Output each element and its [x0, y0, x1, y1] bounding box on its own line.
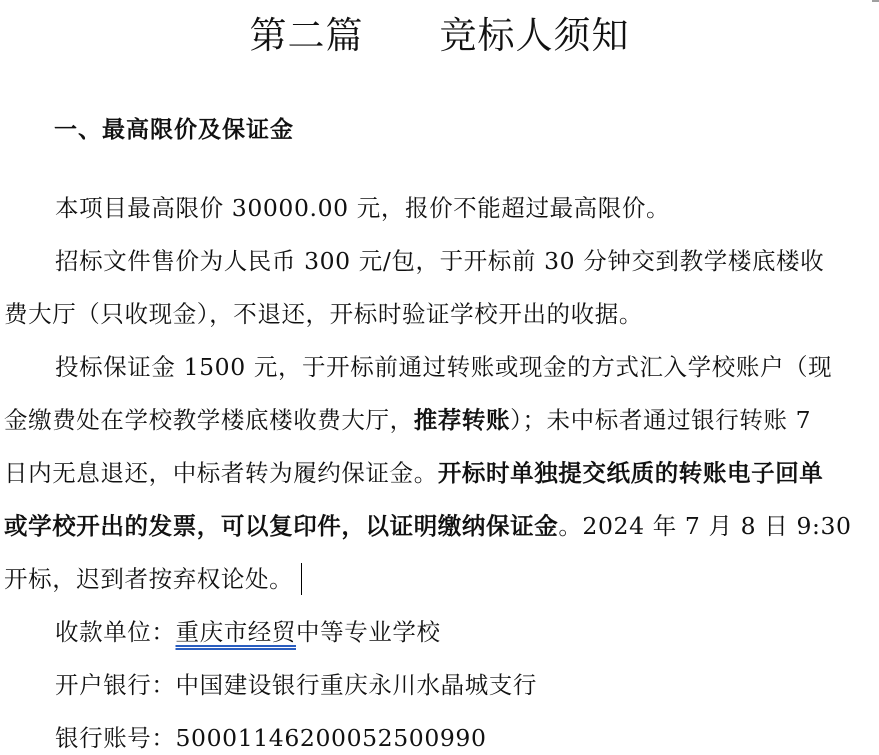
bank-row: 开户银行：中国建设银行重庆永川水晶城支行 [55, 667, 537, 703]
paragraph-deposit-line4: 或学校开出的发票，可以复印件，以证明缴纳保证金。2024 年 7 月 8 日 9… [4, 508, 852, 544]
deposit-bold-text: 开标时单独提交纸质的转账电子回单 [438, 459, 824, 487]
section-heading: 一、最高限价及保证金 [54, 112, 294, 148]
payee-value-underlined[interactable]: 重庆市经贸 [176, 618, 297, 646]
deposit-bold-text: 或学校开出的发票，可以复印件，以证明缴纳保证金 [4, 512, 558, 540]
paragraph-deposit-line3: 日内无息退还，中标者转为履约保证金。开标时单独提交纸质的转账电子回单 [4, 455, 823, 491]
page-corner-marker [872, 0, 879, 2]
bank-label: 开户银行： [55, 671, 176, 699]
text-cursor [301, 563, 302, 595]
payee-label: 收款单位： [55, 618, 176, 646]
account-label: 银行账号： [55, 724, 176, 752]
paragraph-deposit-line2: 金缴费处在学校教学楼底楼收费大厅，推荐转账）；未中标者通过银行转账 7 [4, 402, 811, 438]
deposit-text: 金缴费处在学校教学楼底楼收费大厅， [4, 406, 414, 434]
page-title: 第二篇 竞标人须知 [0, 10, 879, 62]
deposit-text: ）；未中标者通过银行转账 7 [510, 406, 811, 434]
bank-value: 中国建设银行重庆永川水晶城支行 [176, 671, 538, 699]
paragraph-deposit-line1: 投标保证金 1500 元，于开标前通过转账或现金的方式汇入学校账户（现 [55, 349, 832, 385]
paragraph-deposit-line5: 开标，迟到者按弃权论处。 [4, 561, 302, 597]
payee-value: 中等专业学校 [296, 618, 441, 646]
paragraph-max-price: 本项目最高限价 30000.00 元，报价不能超过最高限价。 [55, 190, 670, 226]
payee-row: 收款单位：重庆市经贸中等专业学校 [55, 614, 441, 650]
paragraph-tender-fee-line2: 费大厅（只收现金），不退还，开标时验证学校开出的收据。 [4, 296, 643, 332]
deposit-text: 开标，迟到者按弃权论处。 [4, 565, 293, 593]
paragraph-tender-fee-line1: 招标文件售价为人民币 300 元/包，于开标前 30 分钟交到教学楼底楼收 [55, 243, 824, 279]
account-row: 银行账号：50001146200052500990 [55, 720, 487, 755]
deposit-text: 。2024 年 7 月 8 日 9:30 [558, 512, 851, 540]
document-page[interactable]: 第二篇 竞标人须知 一、最高限价及保证金 本项目最高限价 30000.00 元，… [0, 0, 879, 755]
deposit-bold-text: 推荐转账 [414, 406, 510, 434]
account-value: 50001146200052500990 [176, 724, 487, 752]
deposit-text: 日内无息退还，中标者转为履约保证金。 [4, 459, 438, 487]
